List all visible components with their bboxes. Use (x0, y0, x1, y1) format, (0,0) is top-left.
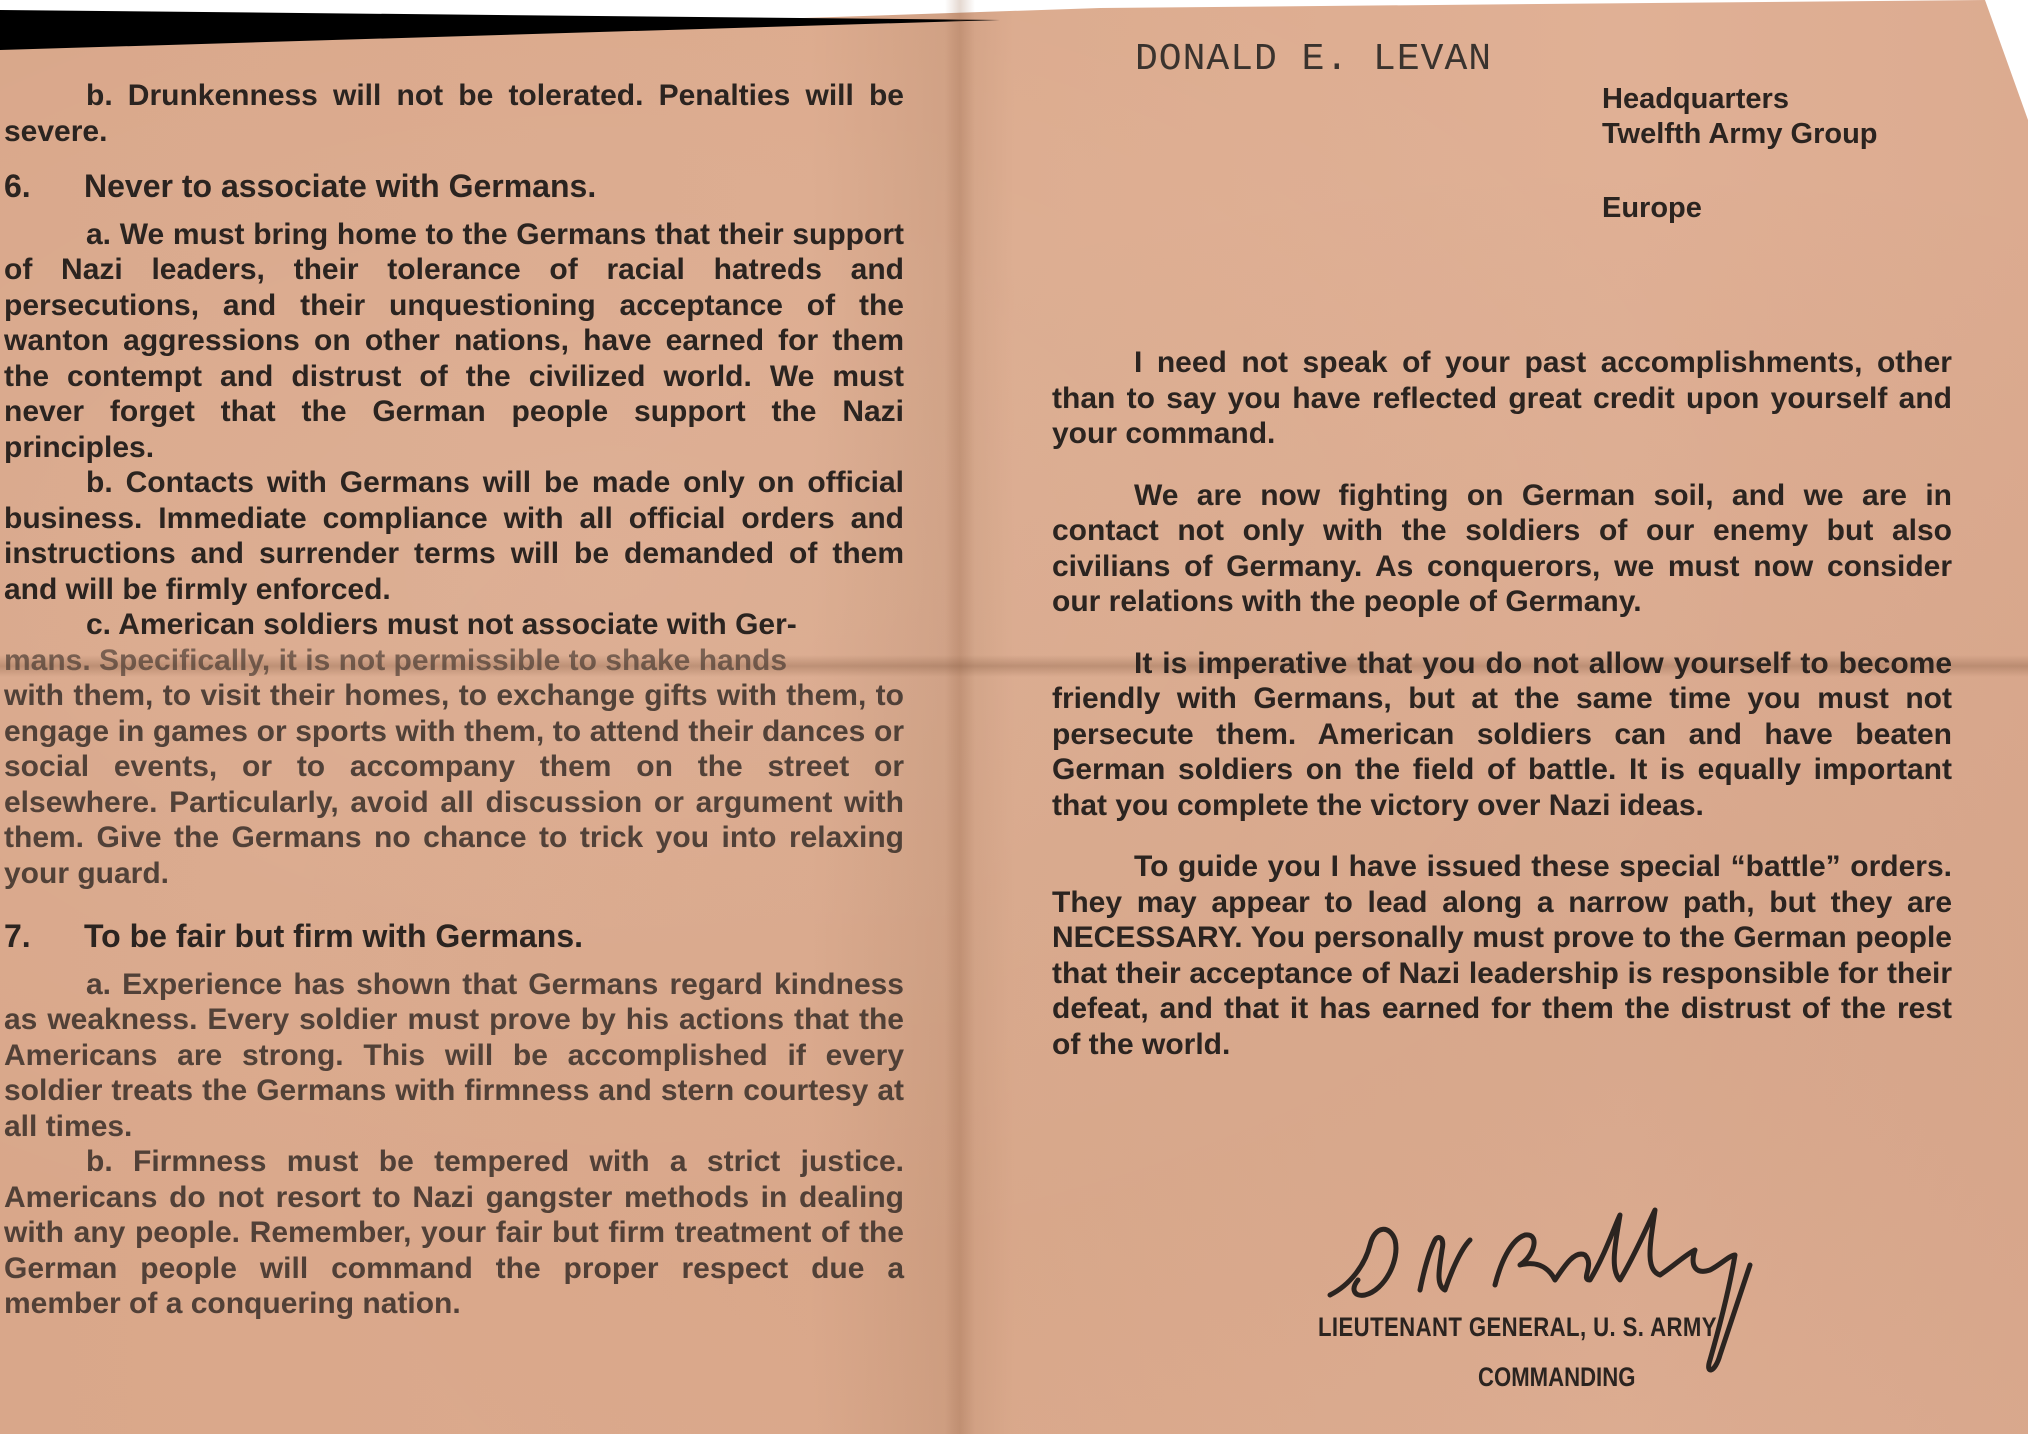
section-6-number: 6. (4, 169, 84, 205)
letter-paragraph-1: I need not speak of your past accomplish… (1052, 345, 1952, 452)
letter-paragraph-3: It is imperative that you do not allow y… (1052, 646, 1952, 824)
signatory-title: COMMANDING (1478, 1362, 1635, 1393)
letter-paragraph-2: We are now fighting on German soil, and … (1052, 478, 1952, 620)
letterhead-headquarters: Headquarters (1602, 82, 1878, 117)
section-7-number: 7. (4, 919, 84, 955)
section-7b-text: b. Firmness must be tempered with a stri… (4, 1144, 904, 1322)
section-7-heading: 7. To be fair but firm with Germans. (4, 919, 904, 955)
section-6c-folded-line: mans. Specifically, it is not permissibl… (4, 643, 904, 679)
section-6c-line1: c. American soldiers must not associate … (4, 607, 904, 643)
section-6b-text: b. Contacts with Germans will be made on… (4, 465, 904, 607)
right-column: I need not speak of your past accomplish… (1052, 345, 1952, 1062)
item-5b-text: b. Drunkenness will not be tolerated. Pe… (4, 78, 904, 149)
section-7a-text: a. Experience has shown that Germans reg… (4, 967, 904, 1145)
letterhead-location: Europe (1602, 192, 1702, 225)
signatory-rank: LIEUTENANT GENERAL, U. S. ARMY (1318, 1312, 1717, 1343)
section-6-title: Never to associate with Germans. (84, 169, 596, 205)
letterhead: Headquarters Twelfth Army Group (1602, 82, 1878, 152)
typed-name: DONALD E. LEVAN (1135, 38, 1492, 81)
letter-paragraph-4: To guide you I have issued these special… (1052, 849, 1952, 1062)
section-7-title: To be fair but firm with Germans. (84, 919, 583, 955)
left-column: b. Drunkenness will not be tolerated. Pe… (4, 78, 904, 1322)
vertical-fold-crease (945, 0, 975, 1434)
section-6a-text: a. We must bring home to the Germans tha… (4, 217, 904, 466)
letterhead-unit: Twelfth Army Group (1602, 117, 1878, 152)
section-6-heading: 6. Never to associate with Germans. (4, 169, 904, 205)
section-6c-text: with them, to visit their homes, to exch… (4, 678, 904, 891)
